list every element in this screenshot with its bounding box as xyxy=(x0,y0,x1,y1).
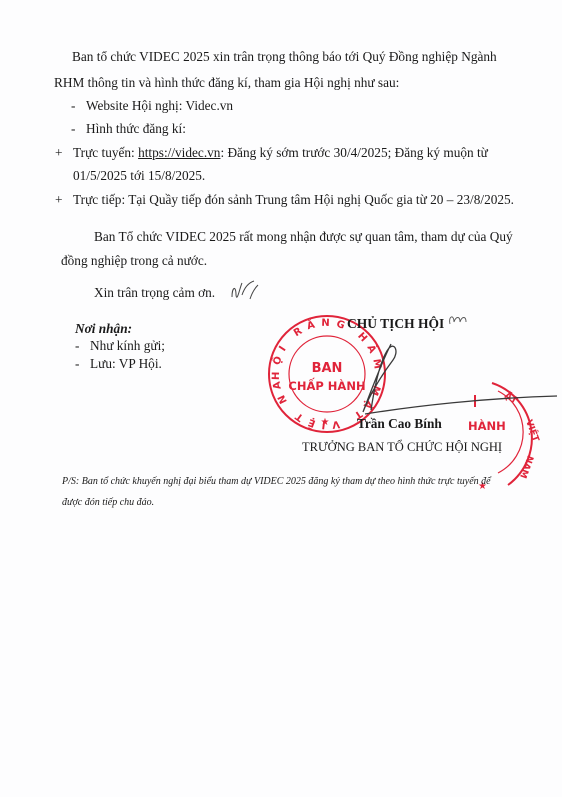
online-dates-line-2: 01/5/2025 tới 15/8/2025. xyxy=(73,168,205,184)
website-link[interactable]: https://videc.vn xyxy=(138,145,220,160)
svg-text:VIỆT: VIỆT xyxy=(523,418,541,444)
initial-signature-icon xyxy=(228,277,262,307)
stamp-center-line-2: CHẤP HÀNH xyxy=(288,376,365,393)
plus-marker: + xyxy=(55,192,63,208)
ps-line-2: được đón tiếp chu đáo. xyxy=(62,497,154,508)
online-registration: Trực tuyến: https://videc.vn: Đăng ký sớ… xyxy=(73,145,488,161)
signer-name: Trần Cao Bính xyxy=(357,416,442,432)
thanks-line: Xin trân trọng cảm ơn. xyxy=(94,285,215,301)
intro-line-1: Ban tổ chức VIDEC 2025 xin trân trọng th… xyxy=(72,49,497,65)
plus-marker: + xyxy=(55,145,63,161)
recipient-item: Như kính gửi; xyxy=(90,338,165,354)
online-label: Trực tuyến: xyxy=(73,145,138,160)
bullet-marker: - xyxy=(75,356,79,372)
signer-role: TRƯỞNG BAN TỔ CHỨC HỘI NGHỊ xyxy=(302,440,502,455)
bullet-marker: - xyxy=(71,121,75,137)
recipients-heading: Nơi nhận: xyxy=(75,321,132,337)
registration-heading: Hình thức đăng kí: xyxy=(86,121,186,137)
website-item: Website Hội nghị: Videc.vn xyxy=(86,98,233,114)
svg-text:NAM: NAM xyxy=(517,454,534,480)
ps-line-1: P/S: Ban tổ chức khuyến nghị đại biểu th… xyxy=(62,476,491,487)
intro-line-2: RHM thông tin và hình thức đăng kí, tham… xyxy=(54,75,399,91)
recipient-item: Lưu: VP Hội. xyxy=(90,356,162,372)
onsite-registration: Trực tiếp: Tại Quầy tiếp đón sảnh Trung … xyxy=(73,192,514,208)
title-signature-icon xyxy=(446,312,470,328)
bullet-marker: - xyxy=(75,338,79,354)
stamp-center-line-1: BAN xyxy=(312,361,343,376)
bullet-marker: - xyxy=(71,98,75,114)
closing-line-2: đồng nghiệp trong cả nước. xyxy=(61,253,207,269)
handwritten-signature-icon xyxy=(355,340,562,420)
online-dates: : Đăng ký sớm trước 30/4/2025; Đăng ký m… xyxy=(220,145,487,160)
closing-line-1: Ban Tổ chức VIDEC 2025 rất mong nhận đượ… xyxy=(94,229,513,245)
stamp-star-icon: ★ xyxy=(321,417,330,428)
signer-title: CHỦ TỊCH HỘI xyxy=(347,316,444,332)
partial-stamp-text: HÀNH xyxy=(468,418,506,433)
